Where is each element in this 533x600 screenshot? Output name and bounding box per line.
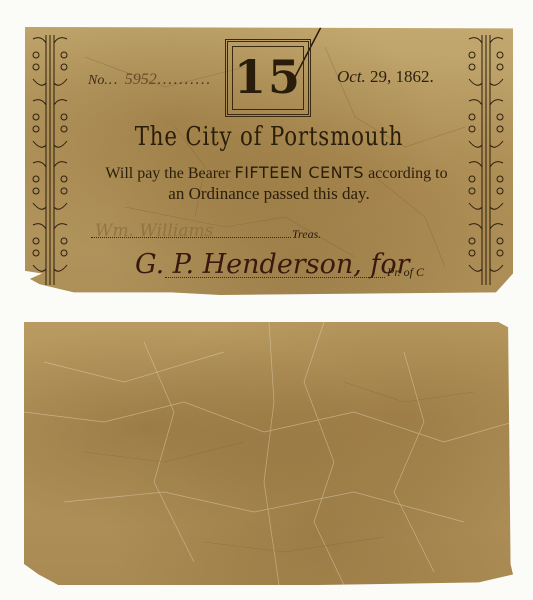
ornamental-border-left [29, 35, 71, 285]
issue-date: Oct. 29, 1862. [337, 67, 434, 87]
serial-number: No...5952.......... [88, 71, 211, 89]
promise-line-2: an Ordinance passed this day. [25, 184, 513, 204]
signature-dotted-line [165, 277, 385, 278]
ornamental-border-right [465, 35, 507, 285]
denomination-frame: 15 [225, 39, 311, 117]
treasurer-label: Treas. [292, 227, 321, 242]
serial-value: 5952 [125, 71, 157, 88]
paper-crease-texture [24, 322, 513, 585]
amount-text: FIFTEEN CENTS [234, 163, 364, 182]
signature-dotted-line [91, 237, 291, 238]
serial-label: No. [88, 73, 108, 88]
denomination-value: 15 [228, 50, 308, 104]
note-front: No...5952.......... 15 Oct. 29, 1862. Th… [25, 27, 513, 295]
treasurer-signature: Wm. Williams [95, 221, 213, 241]
president-label: Pr. of C [387, 265, 424, 280]
note-back [24, 322, 513, 585]
issuer-title: The City of Portsmouth [69, 122, 469, 152]
promise-line-1: Will pay the Bearer FIFTEEN CENTS accord… [80, 163, 473, 183]
president-signature: G. P. Henderson, for [135, 249, 410, 280]
